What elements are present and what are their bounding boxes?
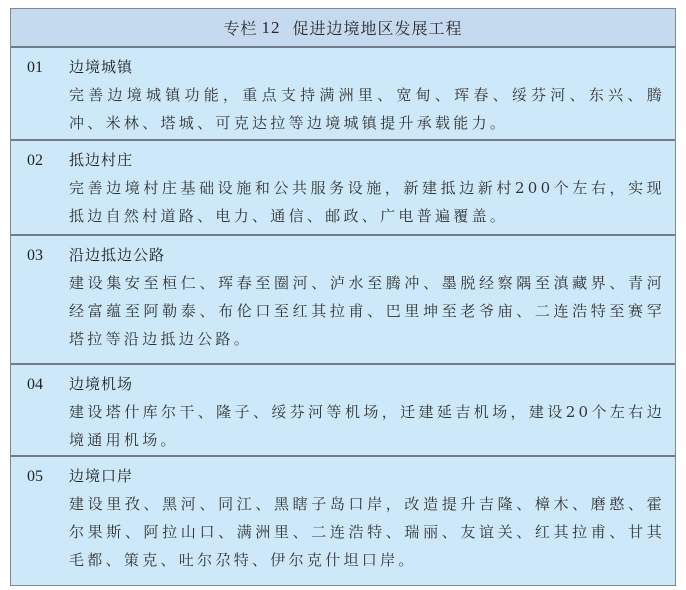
item-number: 05 xyxy=(11,463,69,490)
item-row-04: 04 边境机场 建设塔什库尔干、隆子、绥芬河等机场，迁建延吉机场，建设20个左右… xyxy=(11,365,675,457)
item-row-02: 02 抵边村庄 完善边境村庄基础设施和公共服务设施，新建抵边新村200个左右，实… xyxy=(11,141,675,236)
item-title: 边境机场 xyxy=(69,371,133,398)
header-title: 促进边境地区发展工程 xyxy=(293,16,463,39)
item-number: 02 xyxy=(11,147,69,174)
item-body: 完善边境村庄基础设施和公共服务设施，新建抵边新村200个左右，实现抵边自然村道路… xyxy=(69,174,665,230)
item-body: 建设集安至桓仁、珲春至圈河、泸水至腾冲、墨脱经察隅至滇藏界、青河经富蕴至阿勒泰、… xyxy=(69,269,665,353)
item-row-05: 05 边境口岸 建设里孜、黑河、同江、黑瞎子岛口岸，改造提升吉隆、樟木、磨憨、霍… xyxy=(11,457,675,585)
special-column-panel: 专栏 12 促进边境地区发展工程 01 边境城镇 完善边境城镇功能，重点支持满洲… xyxy=(10,8,676,586)
item-row-03: 03 沿边抵边公路 建设集安至桓仁、珲春至圈河、泸水至腾冲、墨脱经察隅至滇藏界、… xyxy=(11,236,675,365)
item-title: 边境口岸 xyxy=(69,463,133,490)
item-body: 完善边境城镇功能，重点支持满洲里、宽甸、珲春、绥芬河、东兴、腾冲、米林、塔城、可… xyxy=(69,81,665,137)
item-number: 01 xyxy=(11,54,69,81)
header-number: 12 xyxy=(262,18,281,38)
item-body: 建设里孜、黑河、同江、黑瞎子岛口岸，改造提升吉隆、樟木、磨憨、霍尔果斯、阿拉山口… xyxy=(69,490,665,574)
header-prefix: 专栏 xyxy=(223,16,257,39)
item-title: 沿边抵边公路 xyxy=(69,242,165,269)
item-body: 建设塔什库尔干、隆子、绥芬河等机场，迁建延吉机场，建设20个左右边境通用机场。 xyxy=(69,398,665,454)
panel-header: 专栏 12 促进边境地区发展工程 xyxy=(11,9,675,48)
item-number: 03 xyxy=(11,242,69,269)
item-title: 抵边村庄 xyxy=(69,147,133,174)
item-title: 边境城镇 xyxy=(69,54,133,81)
item-number: 04 xyxy=(11,371,69,398)
item-row-01: 01 边境城镇 完善边境城镇功能，重点支持满洲里、宽甸、珲春、绥芬河、东兴、腾冲… xyxy=(11,48,675,141)
